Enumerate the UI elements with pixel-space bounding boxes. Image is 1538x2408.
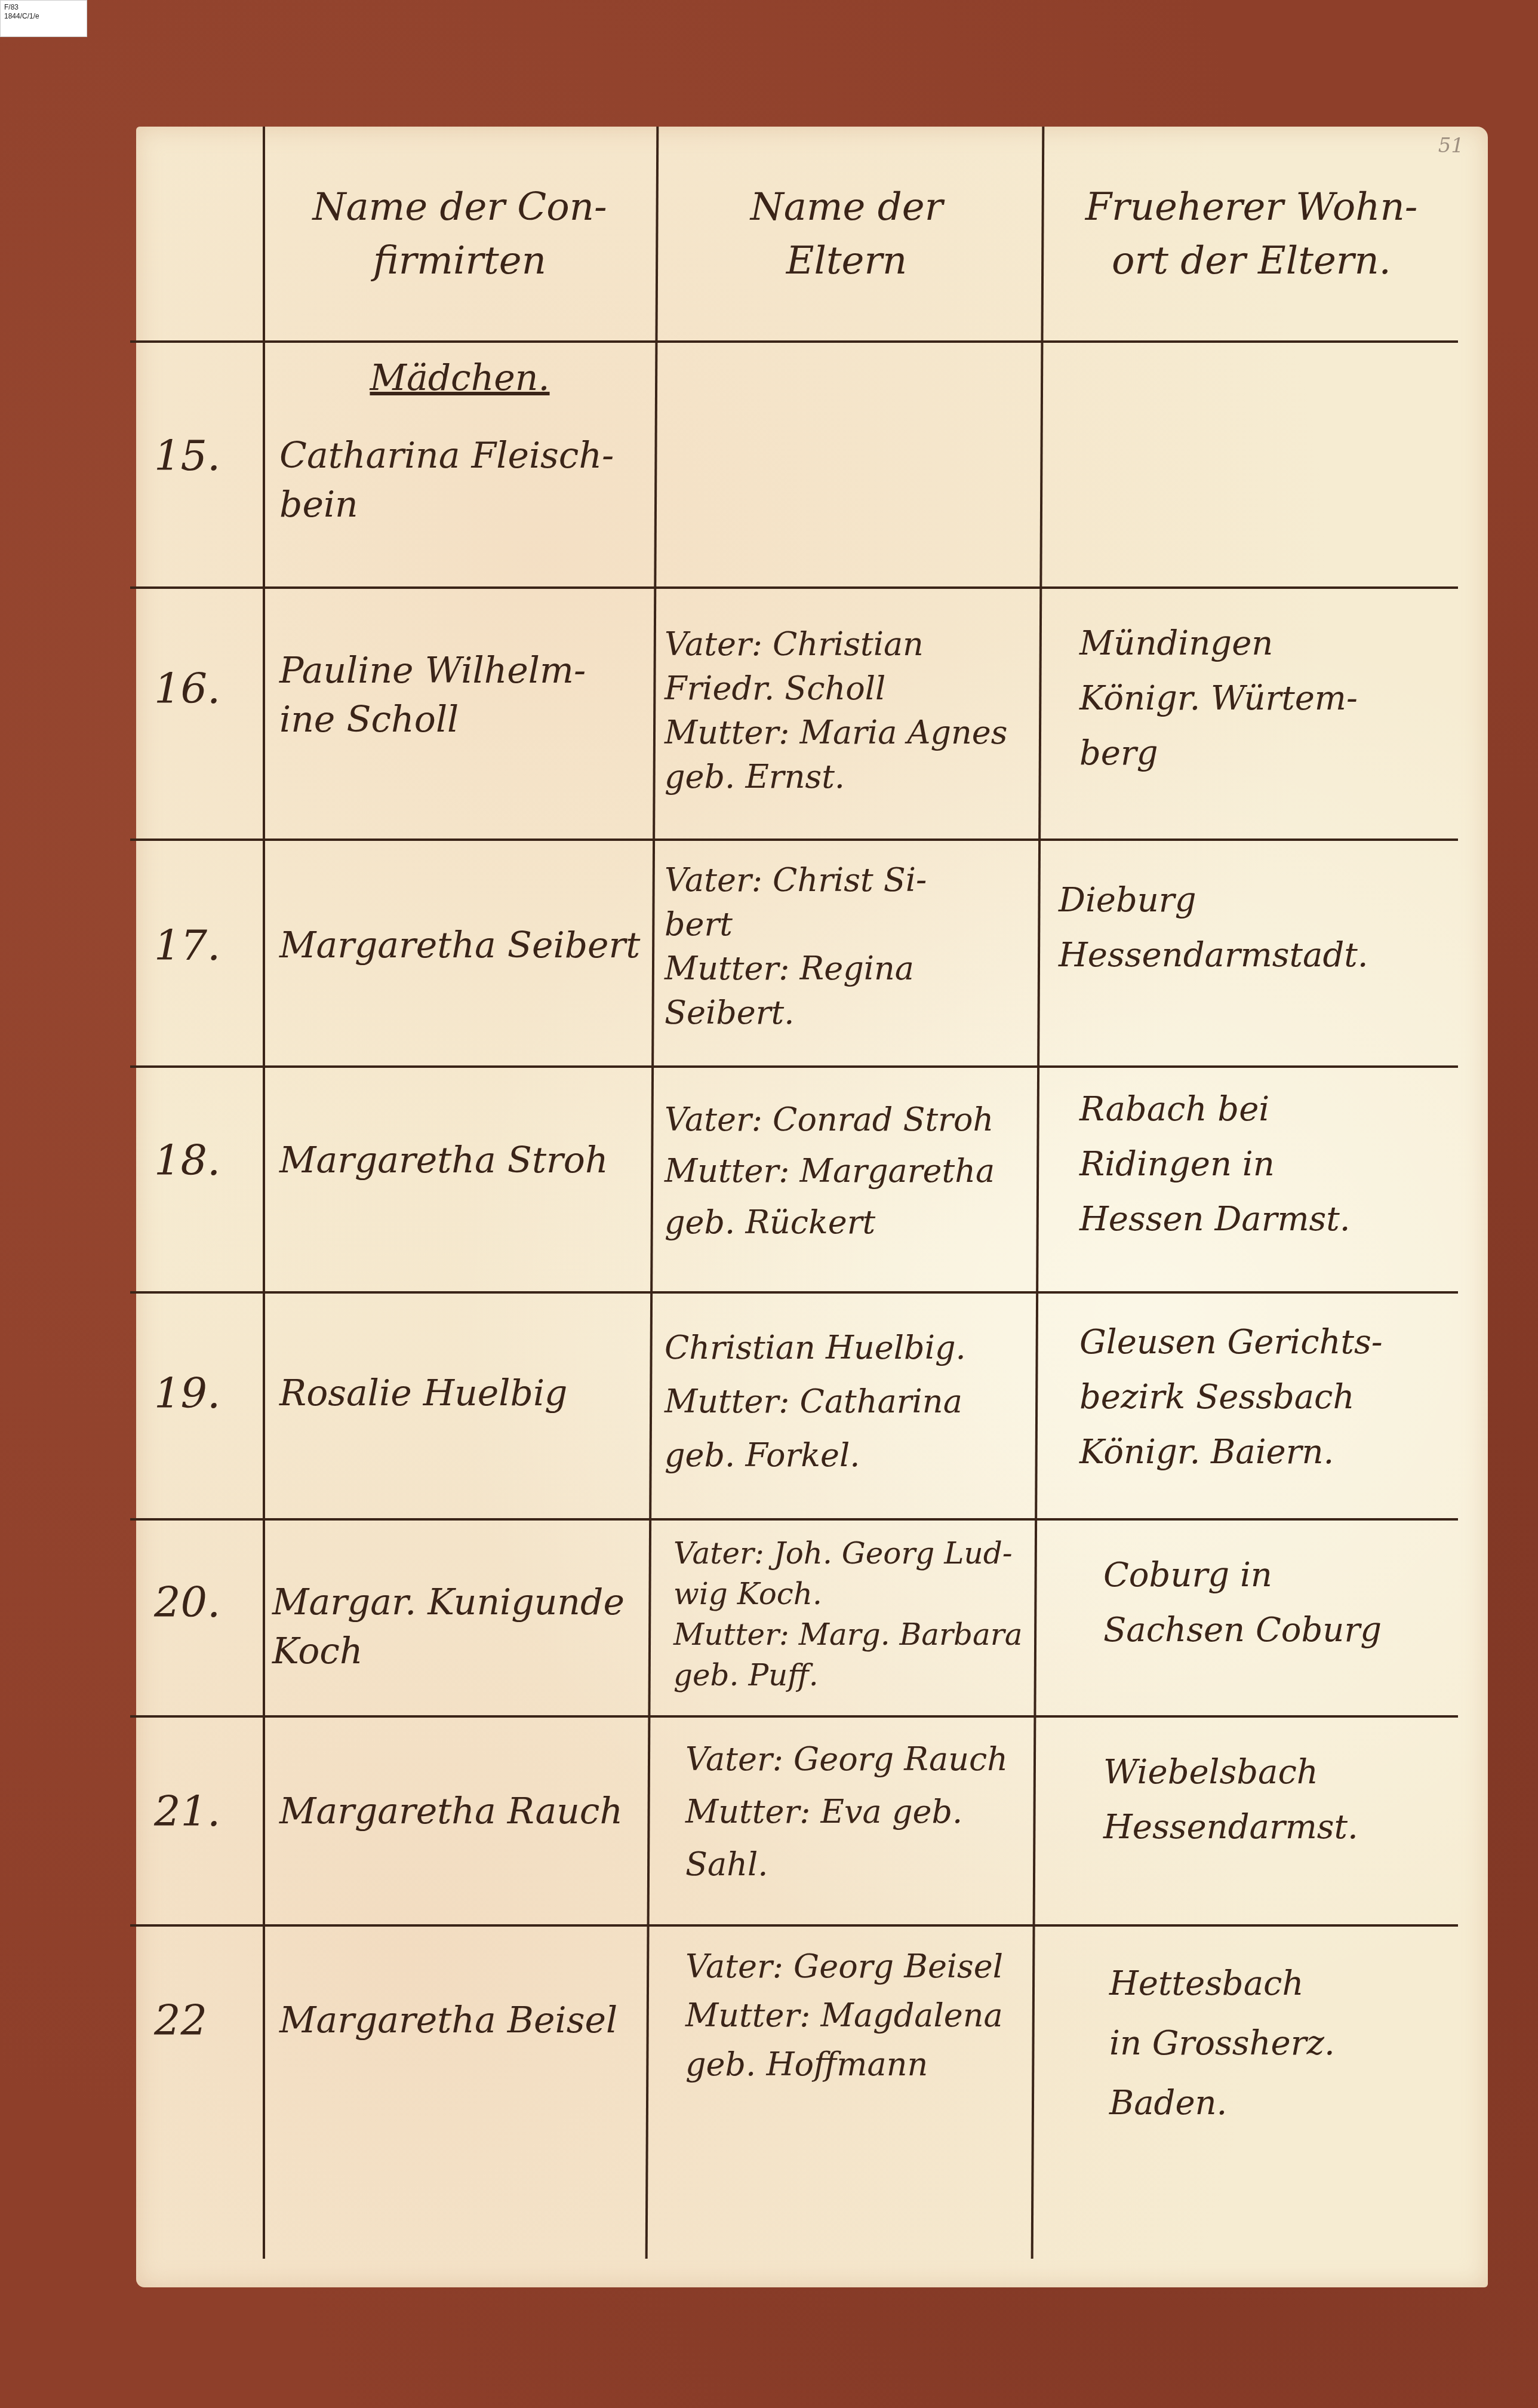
row-rule-19 [130, 1518, 1458, 1521]
row-rule-21 [130, 1924, 1458, 1927]
header-confirmand-name: Name der Con- firmirten [269, 180, 651, 288]
archive-label-line1: F/83 [4, 3, 83, 12]
confirmand-name: Catharina Fleisch- bein [279, 431, 650, 529]
confirmand-name: Pauline Wilhelm- ine Scholl [279, 646, 650, 744]
parents-names: Vater: Joh. Georg Lud- wig Koch. Mutter:… [673, 1533, 1044, 1696]
confirmand-name: Margaretha Seibert [279, 921, 650, 970]
parents-names: Vater: Georg Beisel Mutter: Magdalena ge… [685, 1942, 1056, 2089]
confirmand-name: Margaretha Rauch [279, 1787, 650, 1836]
confirmand-name: Margar. Kunigunde Koch [272, 1578, 654, 1676]
row-rule-18 [130, 1291, 1458, 1294]
row-rule-16 [130, 838, 1458, 841]
confirmand-name: Margaretha Stroh [279, 1136, 650, 1185]
section-label-girls: Mädchen. [269, 354, 651, 403]
archive-label-line2: 1844/C/1/e [4, 12, 83, 21]
header-parents-name: Name der Eltern [657, 180, 1036, 288]
parents-names: Vater: Christ Si- bert Mutter: Regina Se… [665, 858, 1035, 1035]
former-residence: Hettesbach in Grossherz. Baden. [1109, 1954, 1515, 2133]
entry-number: 19. [154, 1369, 220, 1418]
confirmand-name: Margaretha Beisel [279, 1996, 662, 2045]
entry-number: 20. [154, 1578, 220, 1627]
former-residence: Gleusen Gerichts- bezirk Sessbach Königr… [1079, 1315, 1497, 1480]
entry-number: 22 [154, 1996, 207, 2045]
row-rule-15 [130, 586, 1458, 589]
former-residence: Coburg in Sachsen Coburg [1103, 1548, 1509, 1658]
row-rule-17 [130, 1065, 1458, 1068]
column-rule-1 [263, 127, 265, 2259]
former-residence: Wiebelsbach Hessendarmst. [1103, 1745, 1509, 1855]
header-rule [130, 340, 1458, 343]
former-residence: Rabach bei Ridingen in Hessen Darmst. [1079, 1082, 1485, 1247]
former-residence: Mündingen Königr. Würtem- berg [1079, 616, 1485, 781]
parents-names: Vater: Conrad Stroh Mutter: Margaretha g… [665, 1094, 1035, 1248]
entry-number: 16. [154, 664, 220, 713]
row-rule-20 [130, 1715, 1458, 1718]
parents-names: Vater: Georg Rauch Mutter: Eva geb. Sahl… [685, 1733, 1056, 1891]
entry-number: 21. [154, 1787, 220, 1836]
former-residence: Dieburg Hessendarmstadt. [1059, 873, 1477, 983]
confirmand-name: Rosalie Huelbig [279, 1369, 650, 1418]
entry-number: 17. [154, 921, 220, 970]
entry-number: 18. [154, 1136, 220, 1185]
parents-names: Christian Huelbig. Mutter: Catharina geb… [665, 1321, 1035, 1482]
header-former-residence: Frueherer Wohn- ort der Eltern. [1042, 180, 1460, 288]
parents-names: Vater: Christian Friedr. Scholl Mutter: … [665, 622, 1035, 799]
entry-number: 15. [154, 431, 220, 480]
archive-label: F/83 1844/C/1/e [0, 0, 87, 37]
register-page: 51 Name der Con- firmirten Name der Elte… [136, 127, 1488, 2287]
register-table: Name der Con- firmirten Name der Eltern … [136, 127, 1488, 2287]
